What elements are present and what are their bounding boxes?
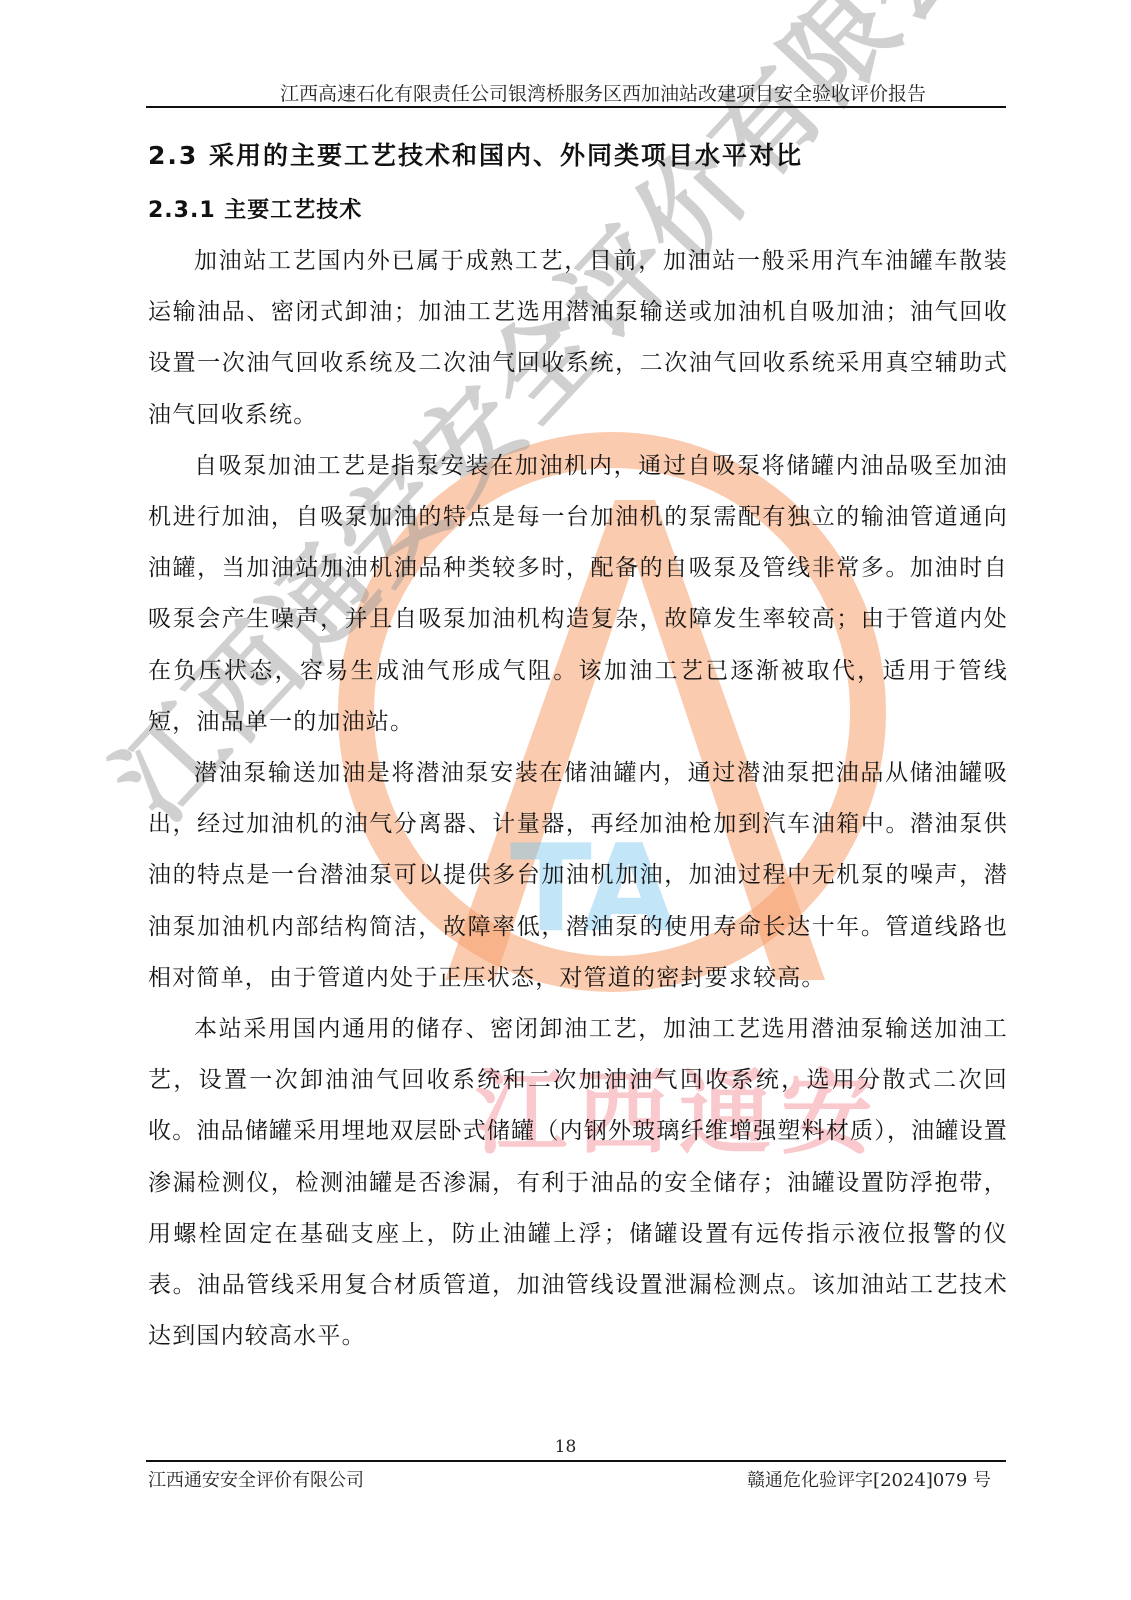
footer-doc-number: 赣通危化验评字[2024]079 号 [747, 1466, 991, 1492]
running-header: 江西高速石化有限责任公司银湾桥服务区西加油站改建项目安全验收评价报告 [148, 79, 1006, 106]
footer-company: 江西通安安全评价有限公司 [148, 1466, 364, 1492]
paragraph: 潜油泵输送加油是将潜油泵安装在储油罐内，通过潜油泵把油品从储油罐吸出，经过加油机… [148, 748, 1008, 1004]
body-text: 加油站工艺国内外已属于成熟工艺，目前，加油站一般采用汽车油罐车散装运输油品、密闭… [148, 236, 1008, 1362]
document-page: TA 江西通安 江西通安安全评价有限公司 江西高速石化有限责任公司银湾桥服务区西… [0, 0, 1131, 1600]
paragraph: 加油站工艺国内外已属于成熟工艺，目前，加油站一般采用汽车油罐车散装运输油品、密闭… [148, 236, 1008, 441]
header-divider [146, 106, 1006, 108]
subsection-heading: 2.3.1 主要工艺技术 [148, 193, 362, 224]
page-number: 18 [0, 1437, 1131, 1457]
paragraph: 自吸泵加油工艺是指泵安装在加油机内，通过自吸泵将储罐内油品吸至加油机进行加油，自… [148, 441, 1008, 748]
section-heading: 2.3 采用的主要工艺技术和国内、外同类项目水平对比 [148, 136, 803, 172]
paragraph: 本站采用国内通用的储存、密闭卸油工艺，加油工艺选用潜油泵输送加油工艺，设置一次卸… [148, 1004, 1008, 1362]
footer-divider [146, 1460, 1006, 1462]
